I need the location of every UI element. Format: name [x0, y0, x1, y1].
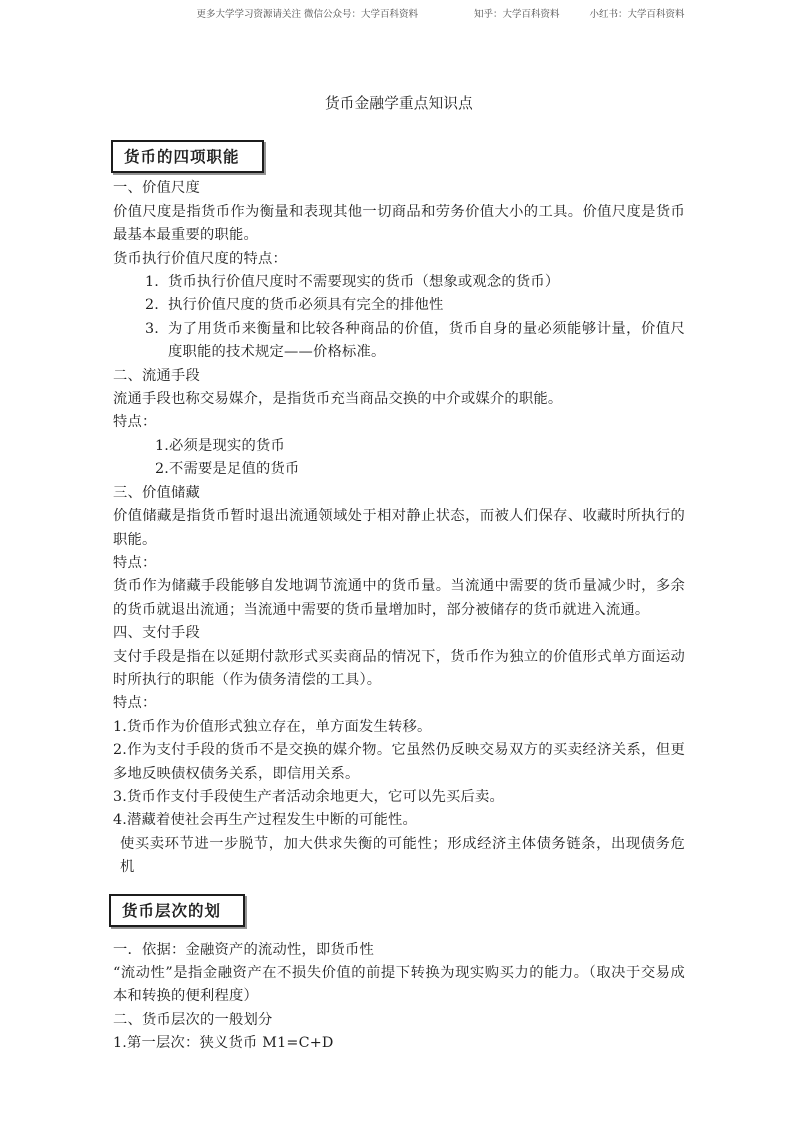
paragraph: 特点： [113, 411, 685, 434]
paragraph: 特点： [113, 552, 685, 575]
list-item: 3.为了用货币来衡量和比较各种商品的价值，货币自身的量必须能够计量，价值尺度职能… [113, 318, 685, 365]
section-box-heading: 货币的四项职能 [111, 140, 264, 173]
paragraph: 4.潜藏着使社会再生产过程发生中断的可能性。 [113, 809, 685, 832]
paragraph: 使买卖环节进一步脱节，加大供求失衡的可能性；形成经济主体债务链条，出现债务危机 [113, 833, 685, 880]
paragraph: 1.货币作为价值形式独立存在，单方面发生转移。 [113, 716, 685, 739]
list-number: 3. [145, 318, 168, 365]
section-heading: 二、货币层次的一般划分 [113, 1009, 685, 1032]
paragraph: 特点： [113, 692, 685, 715]
paragraph: 货币作为储藏手段能够自发地调节流通中的货币量。当流通中需要的货币量减少时，多余的… [113, 575, 685, 622]
section-heading: 一．依据：金融资产的流动性，即货币性 [113, 939, 685, 962]
list-item: 2.执行价值尺度的货币必须具有完全的排他性 [113, 294, 685, 317]
paragraph: 货币执行价值尺度的特点： [113, 248, 685, 271]
paragraph: 2.作为支付手段的货币不是交换的媒介物。它虽然仍反映交易双方的买卖经济关系，但更… [113, 739, 685, 786]
paragraph: 支付手段是指在以延期付款形式买卖商品的情况下，货币作为独立的价值形式单方面运动时… [113, 646, 685, 693]
list-item-text: 执行价值尺度的货币必须具有完全的排他性 [168, 294, 685, 317]
section-heading: 四、支付手段 [113, 622, 685, 645]
paragraph: 流通手段也称交易媒介，是指货币充当商品交换的中介或媒介的职能。 [113, 388, 685, 411]
paragraph: 价值尺度是指货币作为衡量和表现其他一切商品和劳务价值大小的工具。价值尺度是货币最… [113, 201, 685, 248]
section-heading: 一、价值尺度 [113, 177, 685, 200]
paragraph: 1.第一层次：狭义货币 M1=C+D [113, 1032, 685, 1055]
list-item: 1.货币执行价值尺度时不需要现实的货币（想象或观念的货币） [113, 271, 685, 294]
list-number: 1. [145, 271, 168, 294]
section-box-row: 货币的四项职能 [111, 140, 685, 173]
paragraph: 1.必须是现实的货币 [113, 435, 685, 458]
paragraph: 3.货币作支付手段使生产者活动余地更大，它可以先买后卖。 [113, 786, 685, 809]
page-title: 货币金融学重点知识点 [113, 92, 685, 115]
list-item-text: 为了用货币来衡量和比较各种商品的价值，货币自身的量必须能够计量，价值尺度职能的技… [168, 318, 685, 365]
paragraph: 2.不需要是足值的货币 [113, 458, 685, 481]
list-number: 2. [145, 294, 168, 317]
document-content: 货币金融学重点知识点 货币的四项职能一、价值尺度价值尺度是指货币作为衡量和表现其… [113, 0, 685, 1056]
document-page: 更多大学学习资源请关注 微信公众号：大学百科资料 知乎：大学百科资料 小红书：大… [0, 0, 793, 1122]
section-box-heading: 货币层次的划 [109, 894, 245, 927]
section-heading: 二、流通手段 [113, 365, 685, 388]
paragraph: 价值储藏是指货币暂时退出流通领域处于相对静止状态，而被人们保存、收藏时所执行的职… [113, 505, 685, 552]
numbered-list: 1.货币执行价值尺度时不需要现实的货币（想象或观念的货币）2.执行价值尺度的货币… [113, 271, 685, 365]
section-heading: 三、价值储藏 [113, 482, 685, 505]
paragraph: “流动性”是指金融资产在不损失价值的前提下转换为现实购买力的能力。（取决于交易成… [113, 962, 685, 1009]
document-body: 货币的四项职能一、价值尺度价值尺度是指货币作为衡量和表现其他一切商品和劳务价值大… [113, 140, 685, 1055]
list-item-text: 货币执行价值尺度时不需要现实的货币（想象或观念的货币） [168, 271, 685, 294]
section-box-row: 货币层次的划 [109, 894, 685, 927]
